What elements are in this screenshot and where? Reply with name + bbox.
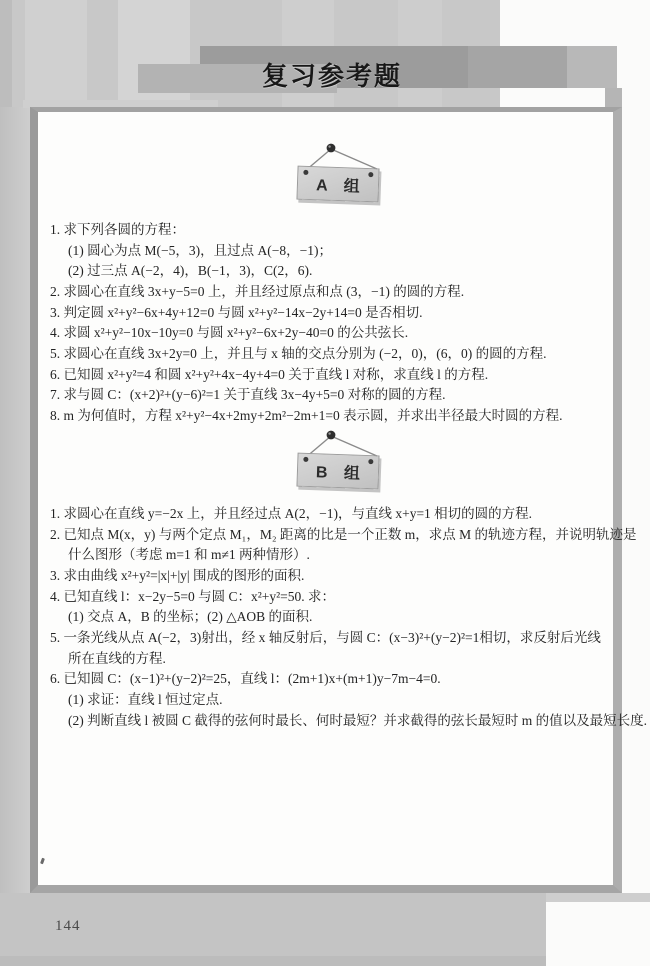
problem-line: 6. 已知圆 x²+y²=4 和圆 x²+y²+4x−4y+4=0 关于直线 l…: [50, 365, 562, 386]
section-b-badge: B 组: [293, 428, 405, 492]
problem-line: 2. 已知点 M(x，y) 与两个定点 M₁，M₂ 距离的比是一个正数 m，求点…: [50, 525, 647, 546]
section-b-sign: B 组: [296, 453, 379, 490]
problem-line: 6. 已知圆 C：(x−1)²+(y−2)²=25，直线 l：(2m+1)x+(…: [50, 669, 647, 690]
problem-line: (1) 求证：直线 l 恒过定点.: [50, 690, 647, 711]
page-number: 144: [55, 918, 81, 935]
problem-list-b: 1. 求圆心在直线 y=−2x 上，并且经过点 A(2，−1)，与直线 x+y=…: [50, 504, 647, 731]
section-a-label: A 组: [310, 172, 366, 197]
problem-line: 8. m 为何值时，方程 x²+y²−4x+2my+2m²−2m+1=0 表示圆…: [50, 406, 562, 427]
problem-line: 什么图形（考虑 m=1 和 m≠1 两种情形）.: [50, 545, 647, 566]
background-gray-left-margin: [0, 107, 30, 893]
section-a-badge: A 组: [293, 141, 405, 205]
background-stripe: [0, 0, 12, 107]
section-b-label: B 组: [310, 459, 367, 484]
background-stripe: [25, 0, 87, 107]
background-gray-bottom-edge: [0, 956, 546, 966]
problem-line: 4. 求圆 x²+y²−10x−10y=0 与圆 x²+y²−6x+2y−40=…: [50, 323, 562, 344]
header-band-light: [567, 46, 617, 88]
problem-line: 1. 求下列各圆的方程：: [50, 220, 562, 241]
problem-line: (1) 交点 A，B 的坐标；(2) △AOB 的面积.: [50, 607, 647, 628]
problem-line: 3. 求由曲线 x²+y²=|x|+|y| 围成的图形的面积.: [50, 566, 647, 587]
pin-icon: [303, 170, 308, 175]
pin-icon: [368, 172, 373, 177]
background-gray-bottom-strip: [546, 893, 650, 902]
page-title: 复习参考题: [262, 56, 402, 93]
textbook-page: 复习参考题 A 组 1. 求下列各圆的方程：(1) 圆心为点 M(−5，3)，且…: [0, 0, 650, 966]
header-band-mid: [468, 46, 567, 88]
pin-icon: [303, 457, 308, 462]
problem-line: 2. 求圆心在直线 3x+y−5=0 上，并且经过原点和点 (3，−1) 的圆的…: [50, 282, 562, 303]
header-band-tail: [605, 88, 622, 107]
problem-line: 5. 一条光线从点 A(−2，3)射出，经 x 轴反射后，与圆 C：(x−3)²…: [50, 628, 647, 649]
problem-line: (2) 判断直线 l 被圆 C 截得的弦何时最长、何时最短？并求截得的弦长最短时…: [50, 711, 647, 732]
problem-line: (1) 圆心为点 M(−5，3)，且过点 A(−8，−1)；: [50, 241, 562, 262]
problem-list-a: 1. 求下列各圆的方程：(1) 圆心为点 M(−5，3)，且过点 A(−8，−1…: [50, 220, 562, 427]
problem-line: 5. 求圆心在直线 3x+2y=0 上，并且与 x 轴的交点分别为 (−2，0)…: [50, 344, 562, 365]
pin-icon: [368, 459, 373, 464]
problem-line: 4. 已知直线 l：x−2y−5=0 与圆 C：x²+y²=50. 求：: [50, 587, 647, 608]
problem-line: 7. 求与圆 C：(x+2)²+(y−6)²=1 关于直线 3x−4y+5=0 …: [50, 385, 562, 406]
section-a-sign: A 组: [296, 166, 379, 203]
problem-line: 3. 判定圆 x²+y²−6x+4y+12=0 与圆 x²+y²−14x−2y+…: [50, 303, 562, 324]
problem-line: 1. 求圆心在直线 y=−2x 上，并且经过点 A(2，−1)，与直线 x+y=…: [50, 504, 647, 525]
problem-line: (2) 过三点 A(−2，4)，B(−1，3)，C(2，6).: [50, 261, 562, 282]
problem-line: 所在直线的方程.: [50, 649, 647, 670]
